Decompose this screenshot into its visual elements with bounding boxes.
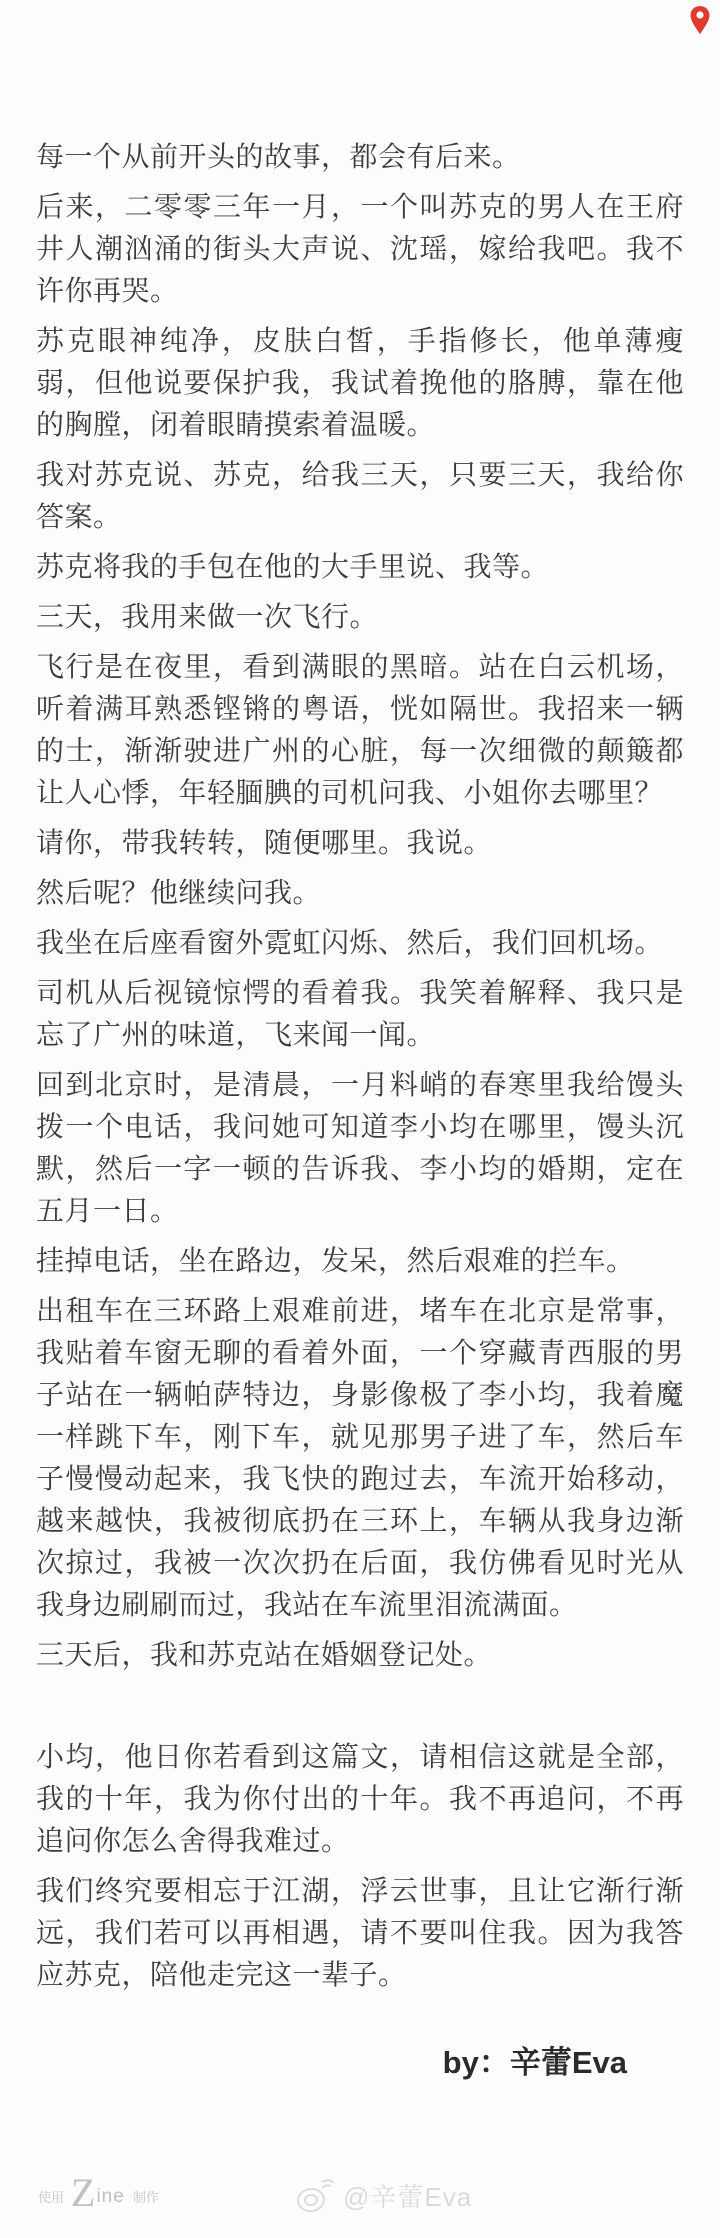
red-pin-hole: [696, 11, 703, 18]
story-paragraph: 苏克眼神纯净，皮肤白皙，手指修长，他单薄瘦弱，但他说要保护我，我试着挽他的胳膊，…: [36, 320, 684, 446]
story-paragraph: 三天后，我和苏克站在婚姻登记处。: [36, 1634, 684, 1676]
story-paragraph: 每一个从前开头的故事，都会有后来。: [36, 136, 684, 178]
story-text: 每一个从前开头的故事，都会有后来。后来，二零零三年一月，一个叫苏克的男人在王府井…: [36, 136, 684, 2004]
story-paragraph: 出租车在三环路上艰难前进，堵车在北京是常事，我贴着车窗无聊的看着外面，一个穿藏青…: [36, 1290, 684, 1626]
byline: by：辛蕾Eva: [0, 2042, 720, 2084]
story-paragraph: 小均，他日你若看到这篇文，请相信这就是全部，我的十年，我为你付出的十年。我不再追…: [36, 1736, 684, 1862]
weibo-handle-label: @辛蕾Eva: [343, 2177, 472, 2214]
red-pin-icon: [689, 5, 711, 35]
story-paragraph: 三天，我用来做一次飞行。: [36, 596, 684, 638]
story-paragraph: 飞行是在夜里，看到满眼的黑暗。站在白云机场，听着满耳熟悉铿锵的粤语，恍如隔世。我…: [36, 646, 684, 814]
story-paragraph: 我坐在后座看窗外霓虹闪烁、然后，我们回机场。: [36, 922, 684, 964]
zine-suffix-label: 制作: [133, 2190, 159, 2205]
zine-prefix-label: 使用: [38, 2190, 64, 2205]
zine-logo: Z: [71, 2170, 95, 2215]
story-paragraph: 回到北京时，是清晨，一月料峭的春寒里我给馒头拨一个电话，我问她可知道李小均在哪里…: [36, 1064, 684, 1232]
story-paragraph: 然后呢？他继续问我。: [36, 872, 684, 914]
footer: 使用Zine制作 @辛蕾Eva: [0, 2156, 720, 2222]
story-paragraph: 司机从后视镜惊愕的看着我。我笑着解释、我只是忘了广州的味道，飞来闻一闻。: [36, 972, 684, 1056]
zine-logo-rest: ine: [96, 2186, 124, 2207]
story-paragraph: 请你，带我转转，随便哪里。我说。: [36, 822, 684, 864]
story-paragraph: 我对苏克说、苏克，给我三天，只要三天，我给你答案。: [36, 454, 684, 538]
red-pin-shape: [691, 6, 710, 34]
story-paragraph: 我们终究要相忘于江湖，浮云世事，且让它渐行渐远，我们若可以再相遇，请不要叫住我。…: [36, 1870, 684, 1996]
zine-watermark: 使用Zine制作: [38, 2169, 159, 2216]
weibo-logo-icon: [295, 2178, 335, 2214]
weibo-watermark: @辛蕾Eva: [295, 2177, 472, 2214]
story-paragraph: 后来，二零零三年一月，一个叫苏克的男人在王府井人潮汹涌的街头大声说、沈瑶，嫁给我…: [36, 186, 684, 312]
story-card: 每一个从前开头的故事，都会有后来。后来，二零零三年一月，一个叫苏克的男人在王府井…: [0, 0, 720, 2238]
story-paragraph: 挂掉电话，坐在路边，发呆，然后艰难的拦车。: [36, 1240, 684, 1282]
story-paragraph: 苏克将我的手包在他的大手里说、我等。: [36, 546, 684, 588]
